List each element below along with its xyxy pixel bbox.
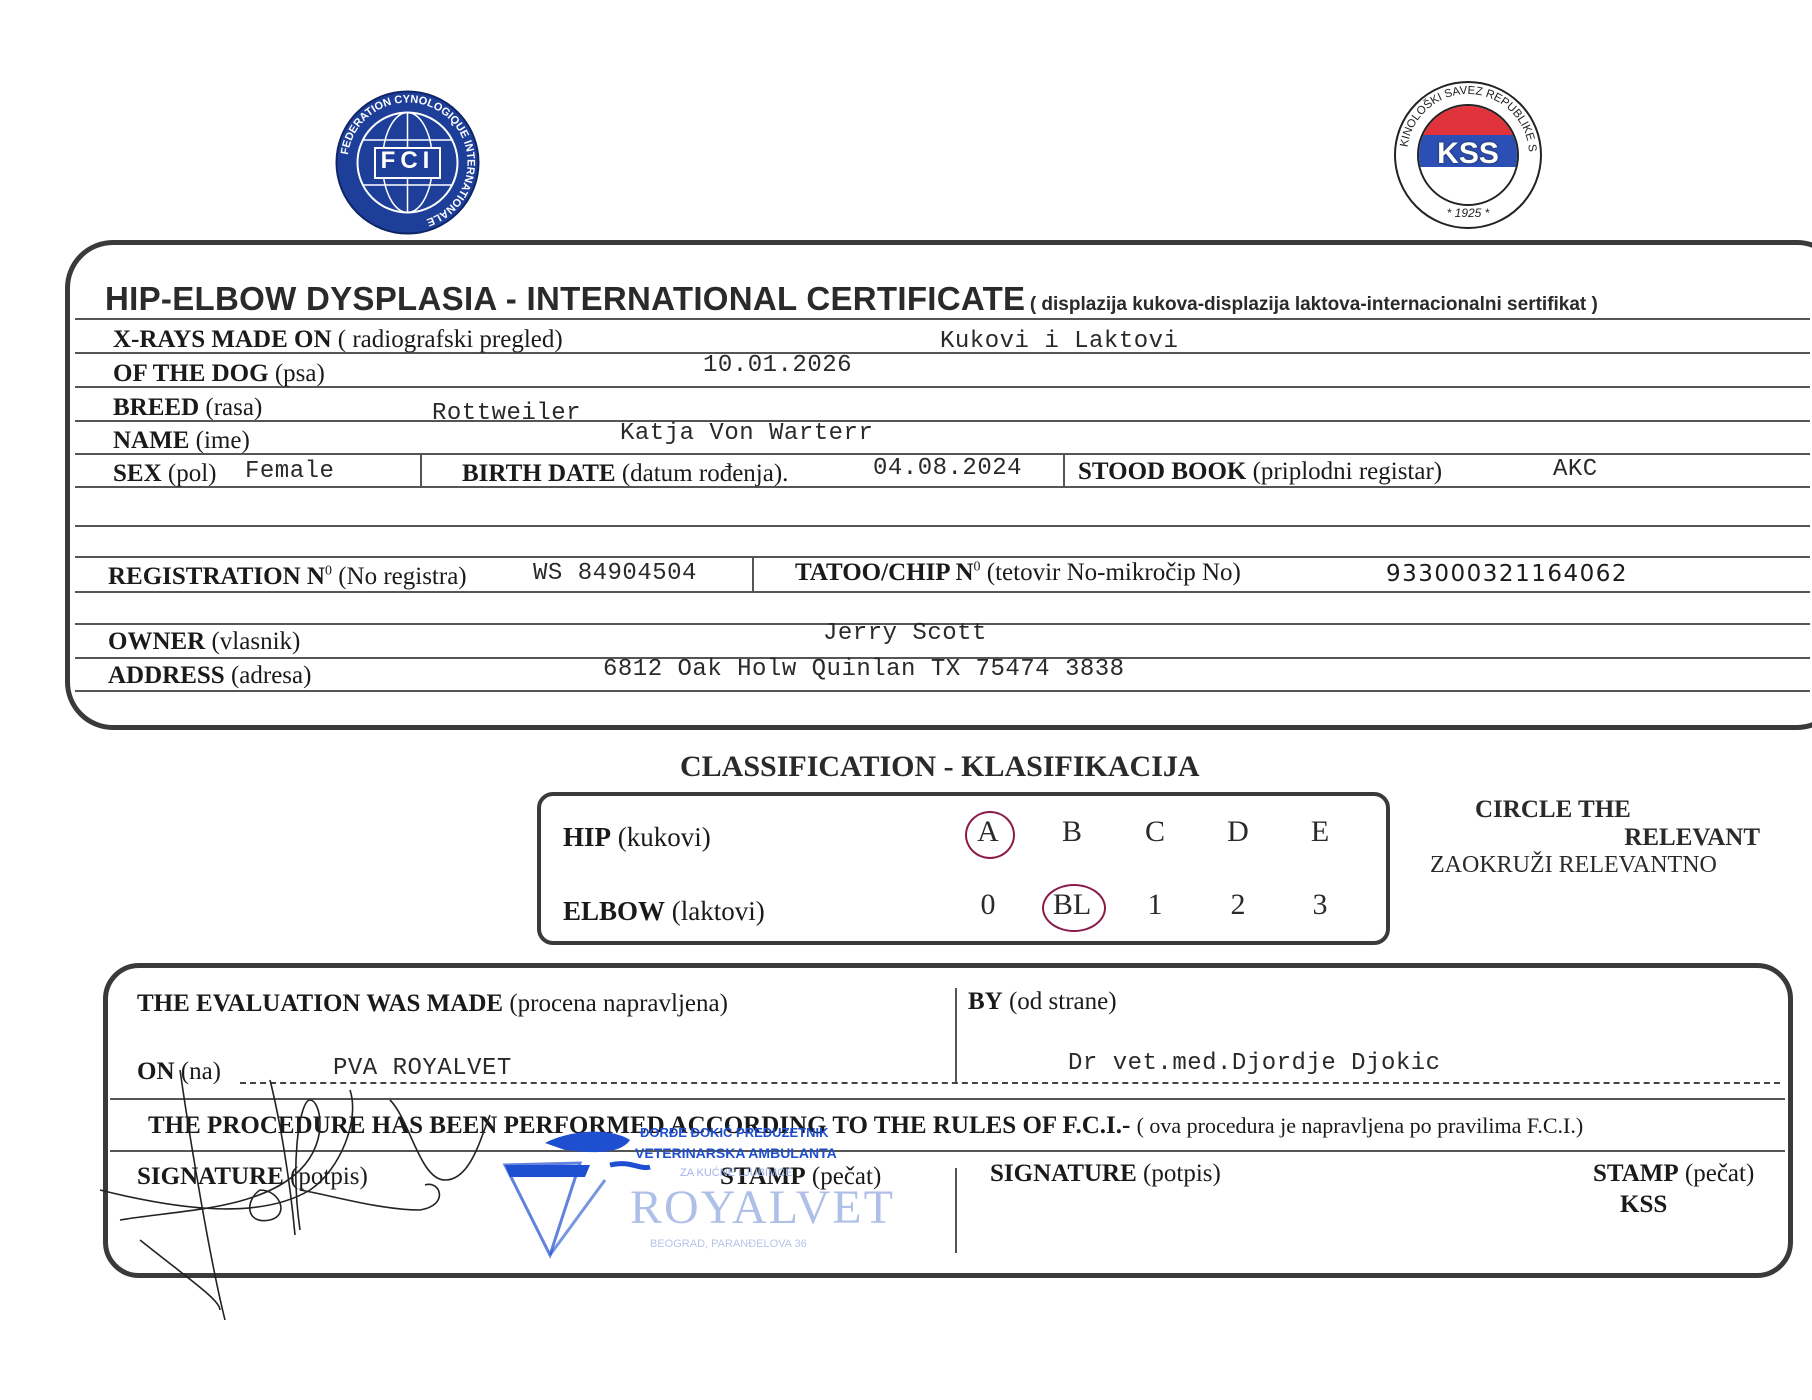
breed-value[interactable]: Rottweiler bbox=[432, 400, 581, 427]
hip-option-d[interactable]: D bbox=[1208, 815, 1268, 849]
name-label: NAME (ime) bbox=[113, 427, 250, 455]
circle-note-line2: RELEVANT bbox=[1430, 824, 1760, 852]
vet-stamp-address: BEOGRAD, PARANĐELOVA 36 bbox=[650, 1238, 807, 1250]
by-label: BY (od strane) bbox=[968, 988, 1117, 1016]
classification-title: CLASSIFICATION - KLASIFIKACIJA bbox=[680, 750, 1200, 784]
of-the-dog-label: OF THE DOG (psa) bbox=[113, 360, 325, 388]
fci-logo: FEDERATION CYNOLOGIQUE INTERNATIONALE FC… bbox=[335, 90, 480, 235]
kss-logo-text: KSS bbox=[1393, 137, 1543, 171]
certificate-title: HIP-ELBOW DYSPLASIA - INTERNATIONAL CERT… bbox=[105, 280, 1598, 318]
elbow-selected-circle bbox=[1042, 884, 1106, 932]
hip-option-c[interactable]: C bbox=[1125, 815, 1185, 849]
evaluation-made-label: THE EVALUATION WAS MADE (procena napravl… bbox=[137, 990, 728, 1018]
stood-book-value[interactable]: AKC bbox=[1553, 456, 1598, 483]
hip-option-e[interactable]: E bbox=[1290, 815, 1350, 849]
fci-logo-text: FCI bbox=[335, 147, 480, 175]
chip-value[interactable]: 933000321164062 bbox=[1386, 561, 1628, 587]
birth-date-label: BIRTH DATE (datum rođenja). bbox=[462, 460, 788, 488]
by-value[interactable]: Dr vet.med.Djordje Djokic bbox=[1068, 1050, 1441, 1077]
name-value[interactable]: Katja Von Warterr bbox=[620, 420, 873, 447]
xrays-made-on-value[interactable]: Kukovi i Laktovi bbox=[940, 328, 1178, 355]
chip-label: TATOO/CHIP N0 (tetovir No-mikročip No) bbox=[795, 559, 1241, 587]
certificate-subtitle: ( displazija kukova-displazija laktova-i… bbox=[1030, 294, 1598, 315]
hip-option-b[interactable]: B bbox=[1042, 815, 1102, 849]
elbow-option-0[interactable]: 0 bbox=[958, 888, 1018, 922]
vet-stamp-line1: ĐORĐE ĐOKIĆ PREDUZETNIK bbox=[640, 1125, 829, 1140]
stood-book-label: STOOD BOOK (priplodni registar) bbox=[1078, 458, 1442, 486]
vet-stamp-line2: VETERINARSKA AMBULANTA bbox=[635, 1145, 837, 1161]
elbow-label: ELBOW (laktovi) bbox=[563, 896, 765, 927]
of-the-dog-value[interactable]: 10.01.2026 bbox=[703, 352, 852, 379]
registration-value[interactable]: WS 84904504 bbox=[533, 560, 697, 587]
elbow-option-1[interactable]: 1 bbox=[1125, 888, 1185, 922]
registration-label: REGISTRATION N0 (No registra) bbox=[108, 563, 467, 591]
address-label: ADDRESS (adresa) bbox=[108, 662, 311, 690]
circle-note-line1: CIRCLE THE bbox=[1430, 796, 1760, 824]
kss-logo: KINOLOŠKI SAVEZ REPUBLIKE SRBIJE KSS * 1… bbox=[1393, 80, 1543, 230]
vet-stamp-name: ROYALVET bbox=[630, 1180, 895, 1235]
birth-date-value[interactable]: 04.08.2024 bbox=[873, 455, 1022, 482]
hip-option-a[interactable]: A bbox=[958, 815, 1018, 849]
sex-value[interactable]: Female bbox=[245, 458, 334, 485]
circle-note-line3: ZAOKRUŽI RELEVANTNO bbox=[1430, 852, 1760, 879]
breed-label: BREED (rasa) bbox=[113, 394, 262, 422]
vet-stamp-line3: ZA KUĆNE LJUBIMCE bbox=[680, 1167, 792, 1179]
owner-label: OWNER (vlasnik) bbox=[108, 628, 300, 656]
xrays-made-on-label: X-RAYS MADE ON ( radiografski pregled) bbox=[113, 326, 563, 354]
signature2-label: SIGNATURE (potpis) bbox=[990, 1160, 1221, 1188]
owner-value[interactable]: Jerry Scott bbox=[823, 620, 987, 647]
elbow-option-2[interactable]: 2 bbox=[1208, 888, 1268, 922]
hip-selected-circle bbox=[965, 811, 1015, 859]
address-value[interactable]: 6812 Oak Holw Quinlan TX 75474 3838 bbox=[603, 656, 1125, 683]
elbow-option-bl[interactable]: BL bbox=[1042, 888, 1102, 922]
sex-label: SEX (pol) bbox=[113, 460, 217, 488]
hip-label: HIP (kukovi) bbox=[563, 822, 711, 853]
handwritten-signature bbox=[60, 1060, 620, 1320]
kss-logo-year: * 1925 * bbox=[1393, 206, 1543, 220]
elbow-option-3[interactable]: 3 bbox=[1290, 888, 1350, 922]
stamp2-label: STAMP (pečat) bbox=[1593, 1160, 1754, 1188]
stamp2-value: KSS bbox=[1620, 1191, 1667, 1219]
circle-note: CIRCLE THE RELEVANT ZAOKRUŽI RELEVANTNO bbox=[1430, 796, 1760, 879]
